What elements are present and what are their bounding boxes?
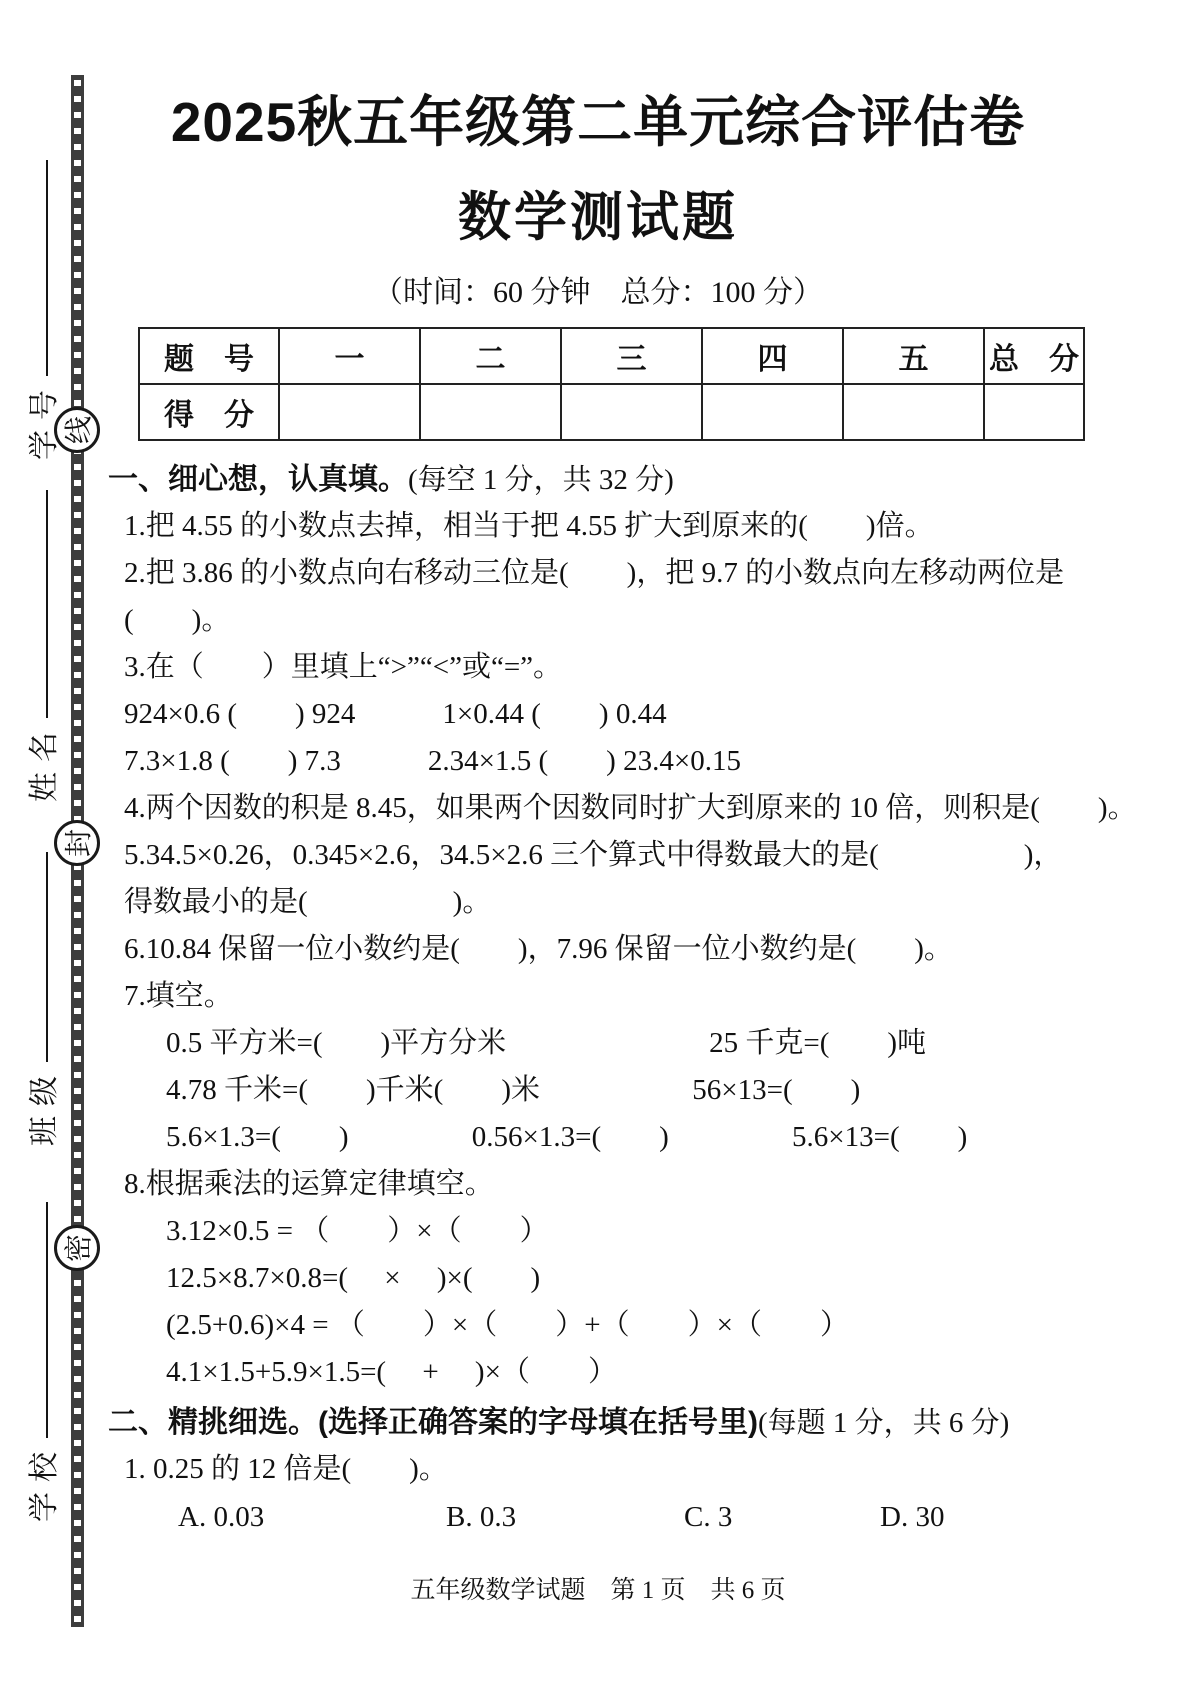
section-two-heading-title: 二、精挑细选。(选择正确答案的字母填在括号里)	[108, 1406, 758, 1439]
score-table-cell-question-no: 题 号	[139, 328, 279, 384]
question-line: 3.在（ ）里填上“>”“<”或“=”。	[108, 644, 1088, 691]
question-line: 8.根据乘法的运算定律填空。	[108, 1161, 1088, 1208]
seal-char-mi: 密	[54, 1225, 100, 1271]
question-line: 2.把 3.86 的小数点向右移动三位是( )，把 9.7 的小数点向左移动两位…	[108, 550, 1088, 597]
seal-char-mi-text: 密	[57, 1234, 97, 1262]
school-blank-line	[34, 1202, 48, 1438]
student-name-field: 姓名	[22, 490, 60, 802]
section-one-heading-title: 一、细心想，认真填。	[108, 463, 408, 496]
student-id-blank-line	[34, 160, 48, 376]
seal-char-xian: 线	[54, 407, 100, 453]
student-name-label: 姓名	[19, 722, 63, 802]
score-table-empty-cell	[843, 384, 984, 440]
question-line: 7.填空。	[108, 973, 1088, 1020]
seal-char-xian-text: 线	[57, 416, 97, 444]
class-blank-line	[34, 852, 48, 1062]
score-table-empty-cell	[420, 384, 561, 440]
question-line: (2.5+0.6)×4 = （ ）×（ ）+（ ）×（ ）	[108, 1302, 1088, 1349]
school-label: 学校	[19, 1442, 63, 1522]
score-table-empty-cell	[561, 384, 702, 440]
choice-a: A. 0.03	[178, 1493, 446, 1541]
score-table-empty-cell	[984, 384, 1084, 440]
score-table-empty-cell	[279, 384, 420, 440]
question-line: 12.5×8.7×0.8=( × )×( )	[108, 1255, 1088, 1302]
question-line: 3.12×0.5 = （ ）×（ ）	[108, 1208, 1088, 1255]
score-table-empty-cell	[702, 384, 843, 440]
score-table: 题 号 一 二 三 四 五 总 分 得 分	[138, 327, 1085, 441]
question-line: 7.3×1.8 ( ) 7.3 2.34×1.5 ( ) 23.4×0.15	[108, 738, 1088, 785]
question-line: 6.10.84 保留一位小数约是( )，7.96 保留一位小数约是( )。	[108, 926, 1088, 973]
student-name-blank-line	[34, 490, 48, 718]
exam-title-line1: 2025秋五年级第二单元综合评估卷	[108, 78, 1088, 157]
time-and-total-score: （时间：60 分钟 总分：100 分）	[108, 267, 1088, 311]
question-line: 4.1×1.5+5.9×1.5=( + )×（ ）	[108, 1349, 1088, 1396]
student-id-field: 学号	[22, 160, 60, 460]
choice-row: A. 0.03 B. 0.3 C. 3 D. 30	[108, 1493, 1088, 1541]
exam-page: 2025秋五年级第二单元综合评估卷 数学测试题 （时间：60 分钟 总分：100…	[108, 68, 1088, 1541]
score-table-cell-one: 一	[279, 328, 420, 384]
question-line: 5.34.5×0.26，0.345×2.6，34.5×2.6 三个算式中得数最大…	[108, 832, 1088, 879]
seal-char-feng: 封	[54, 820, 100, 866]
score-table-header-row: 题 号 一 二 三 四 五 总 分	[139, 328, 1084, 384]
seal-char-feng-text: 封	[57, 829, 97, 857]
question-line: 1. 0.25 的 12 倍是( )。	[108, 1446, 1088, 1493]
question-line: 1.把 4.55 的小数点去掉，相当于把 4.55 扩大到原来的( )倍。	[108, 503, 1088, 550]
score-table-cell-three: 三	[561, 328, 702, 384]
exam-title-line2: 数学测试题	[108, 175, 1088, 251]
choice-c: C. 3	[684, 1493, 880, 1541]
choice-b: B. 0.3	[446, 1493, 684, 1541]
choice-d: D. 30	[880, 1493, 944, 1541]
score-table-score-row: 得 分	[139, 384, 1084, 440]
page-footer: 五年级数学试题 第 1 页 共 6 页	[108, 1570, 1088, 1606]
score-table-cell-two: 二	[420, 328, 561, 384]
score-table-cell-score-label: 得 分	[139, 384, 279, 440]
question-line: ( )。	[108, 597, 1088, 644]
section-one-heading-note: (每空 1 分，共 32 分)	[408, 464, 674, 496]
class-label: 班级	[19, 1066, 63, 1146]
question-line: 924×0.6 ( ) 924 1×0.44 ( ) 0.44	[108, 691, 1088, 738]
score-table-cell-four: 四	[702, 328, 843, 384]
class-field: 班级	[22, 852, 60, 1146]
section-two-heading: 二、精挑细选。(选择正确答案的字母填在括号里)(每题 1 分，共 6 分)	[108, 1400, 1088, 1446]
score-table-cell-total: 总 分	[984, 328, 1084, 384]
question-line: 4.78 千米=( )千米( )米 56×13=( )	[108, 1067, 1088, 1114]
question-line: 4.两个因数的积是 8.45，如果两个因数同时扩大到原来的 10 倍，则积是( …	[108, 785, 1088, 832]
score-table-cell-five: 五	[843, 328, 984, 384]
section-two-heading-note: (每题 1 分，共 6 分)	[758, 1407, 1009, 1439]
question-line: 得数最小的是( )。	[108, 879, 1088, 926]
section-one-heading: 一、细心想，认真填。(每空 1 分，共 32 分)	[108, 457, 1088, 503]
question-line: 5.6×1.3=( ) 0.56×1.3=( ) 5.6×13=( )	[108, 1114, 1088, 1161]
question-line: 0.5 平方米=( )平方分米 25 千克=( )吨	[108, 1020, 1088, 1067]
